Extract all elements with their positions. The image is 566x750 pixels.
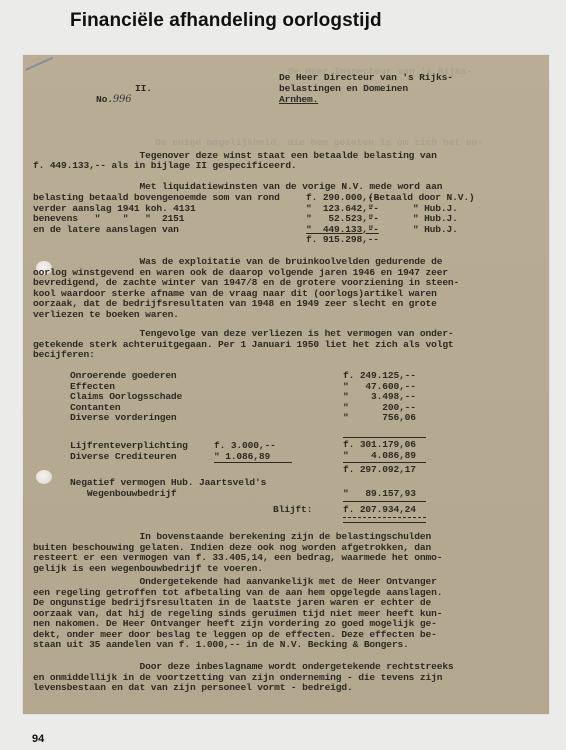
paragraph-line: resteert er een vermogen van f. 33.405,1… bbox=[33, 553, 442, 564]
letter-number: No.996 bbox=[96, 95, 131, 106]
section-number: II. bbox=[135, 84, 152, 95]
asset-label: Onroerende goederen bbox=[70, 371, 177, 382]
paragraph-line: f. 449.133,-- als in bijlage II gespecif… bbox=[33, 161, 297, 172]
paragraph-line: gelijk is een wegenbouwbedrijf te voeren… bbox=[33, 564, 263, 575]
tax-row-label: benevens " " " 2151 bbox=[33, 214, 184, 225]
letter-document: De Heer Inspecteur van 's Rijks- De enig… bbox=[23, 55, 549, 714]
paragraph-line: getekende sterk achteruitgegaan. Per 1 J… bbox=[33, 340, 454, 351]
remainder-amount: f. 207.934,24 bbox=[343, 505, 416, 516]
underline bbox=[343, 437, 426, 438]
paragraph-line: In bovenstaande berekening zijn de belas… bbox=[33, 532, 431, 543]
paragraph-line: bevredigend, de zachte winter van 1947/8… bbox=[33, 278, 459, 289]
remainder-label: Blijft: bbox=[273, 505, 312, 516]
negative-label-2: Wegenbouwbedrijf bbox=[70, 489, 177, 500]
addressee-line-1: De Heer Directeur van 's Rijks- bbox=[279, 73, 453, 84]
paragraph-line: De ongunstige bedrijfsresultaten in de l… bbox=[33, 598, 431, 609]
paragraph-line: Was de exploitatie van de bruinkoolvelde… bbox=[33, 257, 442, 268]
page-number: 94 bbox=[32, 733, 44, 745]
handwritten-number: 996 bbox=[113, 94, 132, 105]
negative-amount: " 89.157,93 bbox=[343, 489, 416, 500]
asset-label: Diverse vorderingen bbox=[70, 413, 177, 424]
liabilities-total: " 4.086,89 bbox=[343, 451, 416, 462]
bleed-through-text: De enige mogelijkheid, die hem gelaten i… bbox=[63, 137, 483, 148]
tax-row-label: belasting betaald bovengenoemde som van … bbox=[33, 193, 280, 204]
paragraph-line: Tengevolge van deze verliezen is het ver… bbox=[33, 329, 454, 340]
paragraph-line: Door deze inbeslagname wordt ondergeteke… bbox=[33, 662, 454, 673]
paragraph-line: levensbestaan en dat van zijn personeel … bbox=[33, 683, 353, 694]
paragraph-line: oorzaak, dat de bedrijfsresultaten van 1… bbox=[33, 299, 437, 310]
asset-label: Claims Oorlogsschade bbox=[70, 392, 182, 403]
number-label: No. bbox=[96, 94, 113, 105]
paragraph-line: Ondergetekende had aanvankelijk met de H… bbox=[33, 577, 437, 588]
double-underline bbox=[343, 517, 426, 523]
paragraph-line: becijferen: bbox=[33, 350, 95, 361]
tax-row-note: " " Hub.J. bbox=[368, 214, 458, 225]
punch-hole-bottom bbox=[36, 470, 52, 484]
addressee-line-3: Arnhem. bbox=[279, 95, 318, 106]
asset-amount: f. 249.125,-- bbox=[343, 371, 416, 382]
paragraph-line: verliezen te boeken waren. bbox=[33, 310, 179, 321]
underline bbox=[343, 462, 426, 463]
tax-row-label: en de latere aanslagen van bbox=[33, 225, 179, 236]
underline bbox=[214, 462, 292, 463]
negative-label-1: Negatief vermogen Hub. Jaartsveld's bbox=[70, 478, 266, 489]
page-title: Financiële afhandeling oorlogstijd bbox=[70, 10, 382, 32]
tax-row-note: " " Hub.J. bbox=[368, 225, 458, 236]
liability-amount: " 1.086,89 bbox=[214, 452, 270, 463]
assets-total: f. 301.179,06 bbox=[343, 440, 416, 451]
tax-total: f. 915.298,-- bbox=[306, 235, 379, 246]
liability-amount: f. 3.000,-- bbox=[214, 441, 276, 452]
paragraph-line: staan uit 35 aandelen van f. 1.000,-- in… bbox=[33, 640, 409, 651]
addressee-line-2: belastingen en Domeinen bbox=[279, 84, 408, 95]
asset-amount: " 3.498,-- bbox=[343, 392, 416, 403]
tax-row-note: (Betaald door N.V.) bbox=[368, 193, 475, 204]
asset-amount: " 756,06 bbox=[343, 413, 416, 424]
liability-label: Diverse Crediteuren bbox=[70, 452, 177, 463]
folded-corner bbox=[25, 57, 53, 71]
paragraph-line: Met liquidatiewinsten van de vorige N.V.… bbox=[33, 182, 442, 193]
underline bbox=[343, 501, 426, 502]
liability-label: Lijfrenteverplichting bbox=[70, 441, 188, 452]
subtotal: f. 297.092,17 bbox=[343, 465, 416, 476]
paragraph-line: nen nakomen. De Heer Ontvanger heeft zij… bbox=[33, 619, 437, 630]
